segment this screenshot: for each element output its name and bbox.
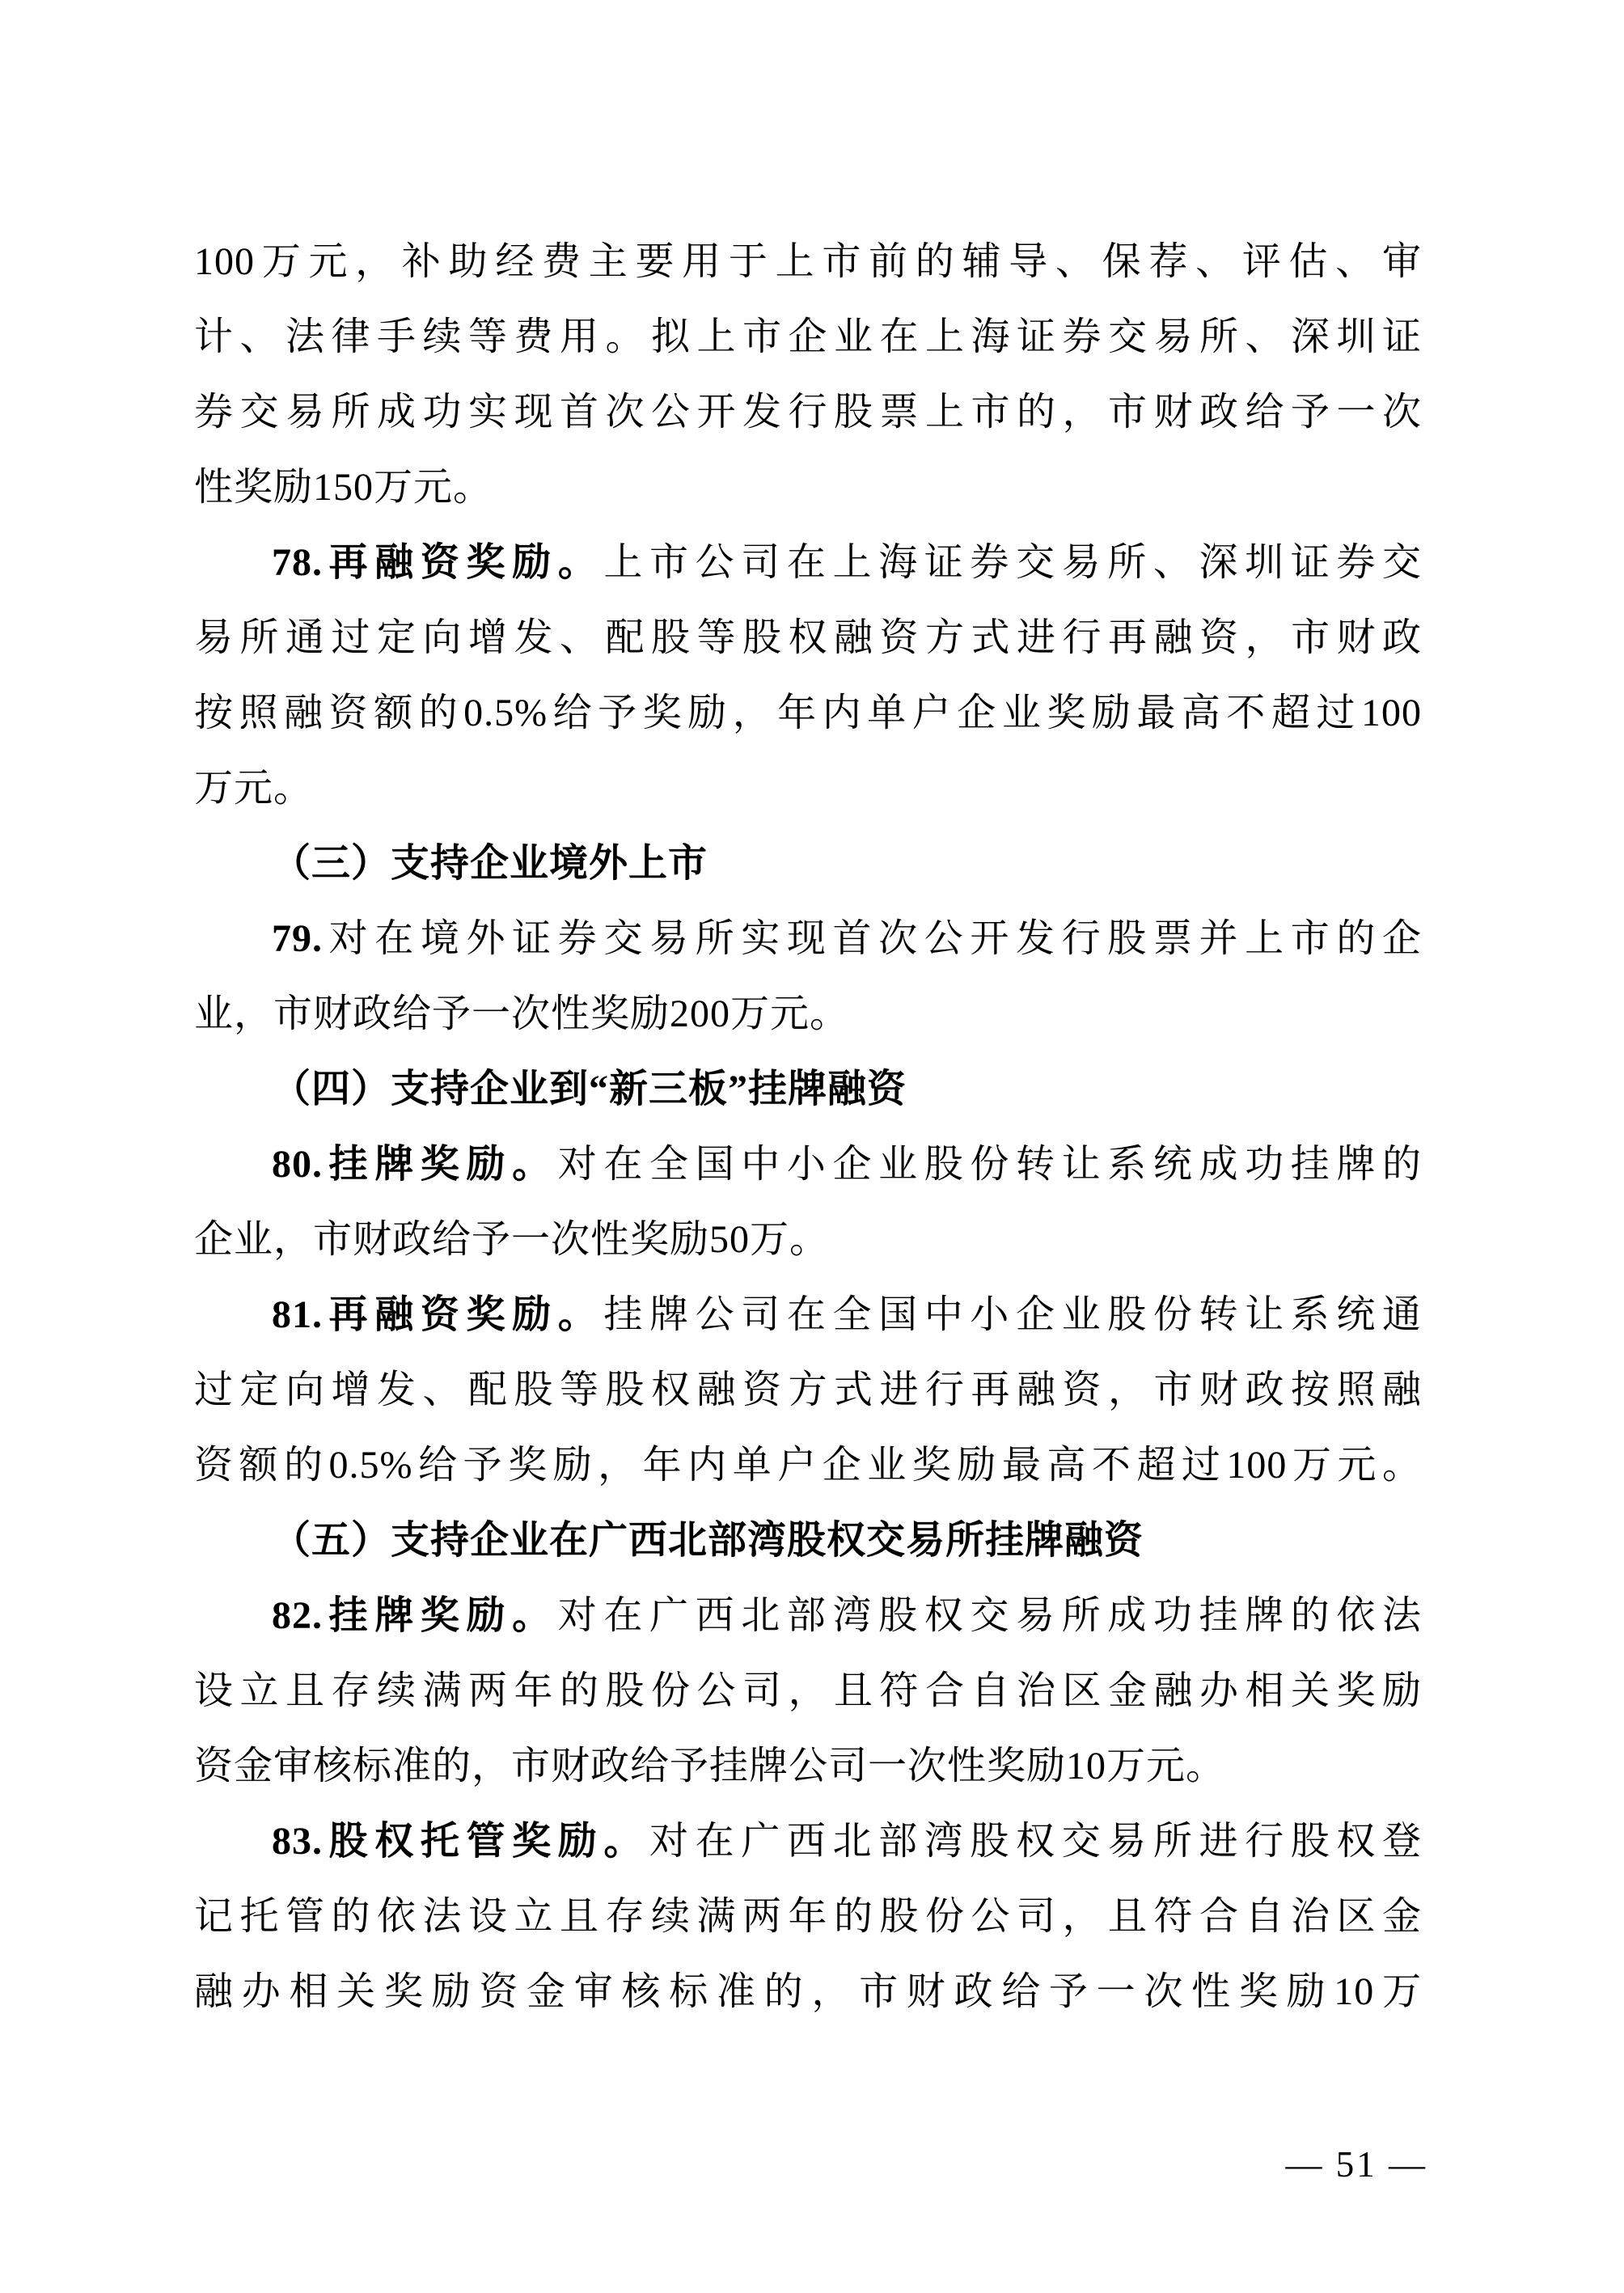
text-line: 设立且存续满两年的股份公司，且符合自治区金融办相关奖励 [194,1653,1422,1728]
line-text: 对在广西北部湾股权交易所成功挂牌的依法 [558,1594,1422,1637]
line-text: 易所通过定向增发、配股等股权融资方式进行再融资，市财政 [194,616,1422,659]
line-text: 企业，市财政给予一次性奖励50万。 [194,1218,829,1261]
line-text: 资金审核标准的，市财政给予挂牌公司一次性奖励10万元。 [194,1745,1225,1787]
text-line-item-80: 80.挂牌奖励。对在全国中小企业股份转让系统成功挂牌的 [194,1127,1422,1202]
text-line: 万元。 [194,751,1422,826]
text-line: 企业，市财政给予一次性奖励50万。 [194,1202,1422,1277]
text-line: 资额的0.5%给予奖励，年内单户企业奖励最高不超过100万元。 [194,1428,1422,1503]
line-text: 上市公司在上海证券交易所、深圳证券交 [603,541,1422,584]
line-text: 融办相关奖励资金审核标准的，市财政给予一次性奖励10万 [194,1970,1422,2013]
item-number-label: 79. [272,917,323,960]
line-text: 对在全国中小企业股份转让系统成功挂牌的 [558,1143,1422,1186]
text-line: 融办相关奖励资金审核标准的，市财政给予一次性奖励10万 [194,1954,1422,2029]
text-line: 资金审核标准的，市财政给予挂牌公司一次性奖励10万元。 [194,1728,1422,1804]
item-number-label: 82.挂牌奖励。 [272,1594,558,1637]
line-text: 按照融资额的0.5%给予奖励，年内单户企业奖励最高不超过100 [194,692,1422,734]
section-heading-label: （五）支持企业在广西北部湾股权交易所挂牌融资 [272,1519,1144,1562]
line-text: 100万元，补助经费主要用于上市前的辅导、保荐、评估、审 [194,240,1422,283]
text-line-item-82: 82.挂牌奖励。对在广西北部湾股权交易所成功挂牌的依法 [194,1578,1422,1653]
text-line: 性奖励150万元。 [194,450,1422,525]
section-heading-label: （四）支持企业到“新三板”挂牌融资 [272,1068,907,1111]
text-line: 计、法律手续等费用。拟上市企业在上海证券交易所、深圳证 [194,299,1422,374]
text-line: 业，市财政给予一次性奖励200万元。 [194,976,1422,1051]
section-heading-5: （五）支持企业在广西北部湾股权交易所挂牌融资 [194,1503,1422,1578]
text-line: 券交易所成功实现首次公开发行股票上市的，市财政给予一次 [194,374,1422,450]
line-text: 挂牌公司在全国中小企业股份转让系统通 [603,1293,1422,1336]
section-heading-label: （三）支持企业境外上市 [272,842,708,885]
text-line-item-83: 83.股权托管奖励。对在广西北部湾股权交易所进行股权登 [194,1804,1422,1879]
item-number-label: 81.再融资奖励。 [272,1293,603,1336]
line-text: 资额的0.5%给予奖励，年内单户企业奖励最高不超过100万元。 [194,1444,1422,1487]
document-body: 100万元，补助经费主要用于上市前的辅导、保荐、评估、审 计、法律手续等费用。拟… [194,224,1422,2029]
line-text: 券交易所成功实现首次公开发行股票上市的，市财政给予一次 [194,391,1422,434]
page-number: — 51 — [1286,2143,1428,2185]
text-line: 记托管的依法设立且存续满两年的股份公司，且符合自治区金 [194,1879,1422,1954]
line-text: 万元。 [194,767,313,810]
line-text: 性奖励150万元。 [194,466,493,509]
text-line-item-81: 81.再融资奖励。挂牌公司在全国中小企业股份转让系统通 [194,1277,1422,1352]
section-heading-4: （四）支持企业到“新三板”挂牌融资 [194,1051,1422,1127]
line-text: 设立且存续满两年的股份公司，且符合自治区金融办相关奖励 [194,1669,1422,1712]
item-number-label: 83.股权托管奖励。 [272,1820,649,1863]
text-line-item-79: 79.对在境外证券交易所实现首次公开发行股票并上市的企 [194,901,1422,976]
text-line: 过定向增发、配股等股权融资方式进行再融资，市财政按照融 [194,1352,1422,1428]
document-page: 100万元，补助经费主要用于上市前的辅导、保荐、评估、审 计、法律手续等费用。拟… [0,0,1624,2293]
text-line: 按照融资额的0.5%给予奖励，年内单户企业奖励最高不超过100 [194,675,1422,751]
line-text: 对在广西北部湾股权交易所进行股权登 [649,1820,1422,1863]
line-text: 对在境外证券交易所实现首次公开发行股票并上市的企 [323,917,1422,960]
item-number-label: 80.挂牌奖励。 [272,1143,558,1186]
line-text: 记托管的依法设立且存续满两年的股份公司，且符合自治区金 [194,1895,1422,1938]
line-text: 业，市财政给予一次性奖励200万元。 [194,992,849,1035]
text-line-item-78: 78.再融资奖励。上市公司在上海证券交易所、深圳证券交 [194,525,1422,600]
line-text: 过定向增发、配股等股权融资方式进行再融资，市财政按照融 [194,1369,1422,1411]
text-line: 100万元，补助经费主要用于上市前的辅导、保荐、评估、审 [194,224,1422,299]
line-text: 计、法律手续等费用。拟上市企业在上海证券交易所、深圳证 [194,315,1422,358]
section-heading-3: （三）支持企业境外上市 [194,826,1422,901]
item-number-label: 78.再融资奖励。 [272,541,603,584]
text-line: 易所通过定向增发、配股等股权融资方式进行再融资，市财政 [194,600,1422,675]
